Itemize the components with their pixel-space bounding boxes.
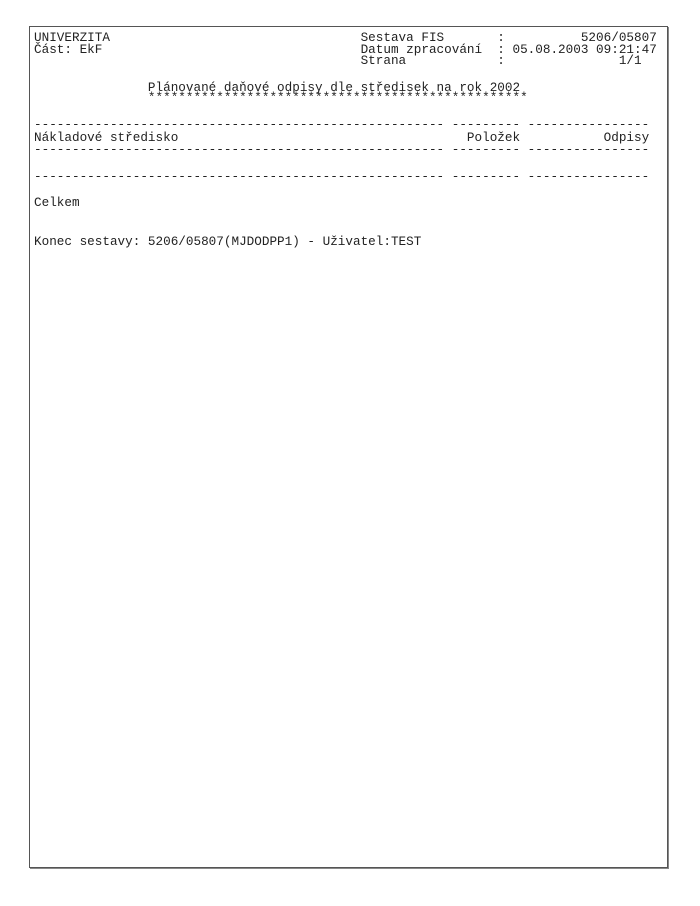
report-title-underline: ****************************************… [34, 92, 528, 104]
report-page: UNIVERZITA Sestava FIS : 5206/05807 Část… [29, 26, 668, 868]
table-rule-header: ----------------------------------------… [34, 144, 649, 156]
header-line-3: Strana : 1/1 [34, 55, 642, 67]
report-end-line: Konec sestavy: 5206/05807(MJDODPP1) - Už… [34, 236, 421, 248]
total-row-label: Celkem [34, 197, 80, 209]
table-rule-total: ----------------------------------------… [34, 171, 649, 183]
